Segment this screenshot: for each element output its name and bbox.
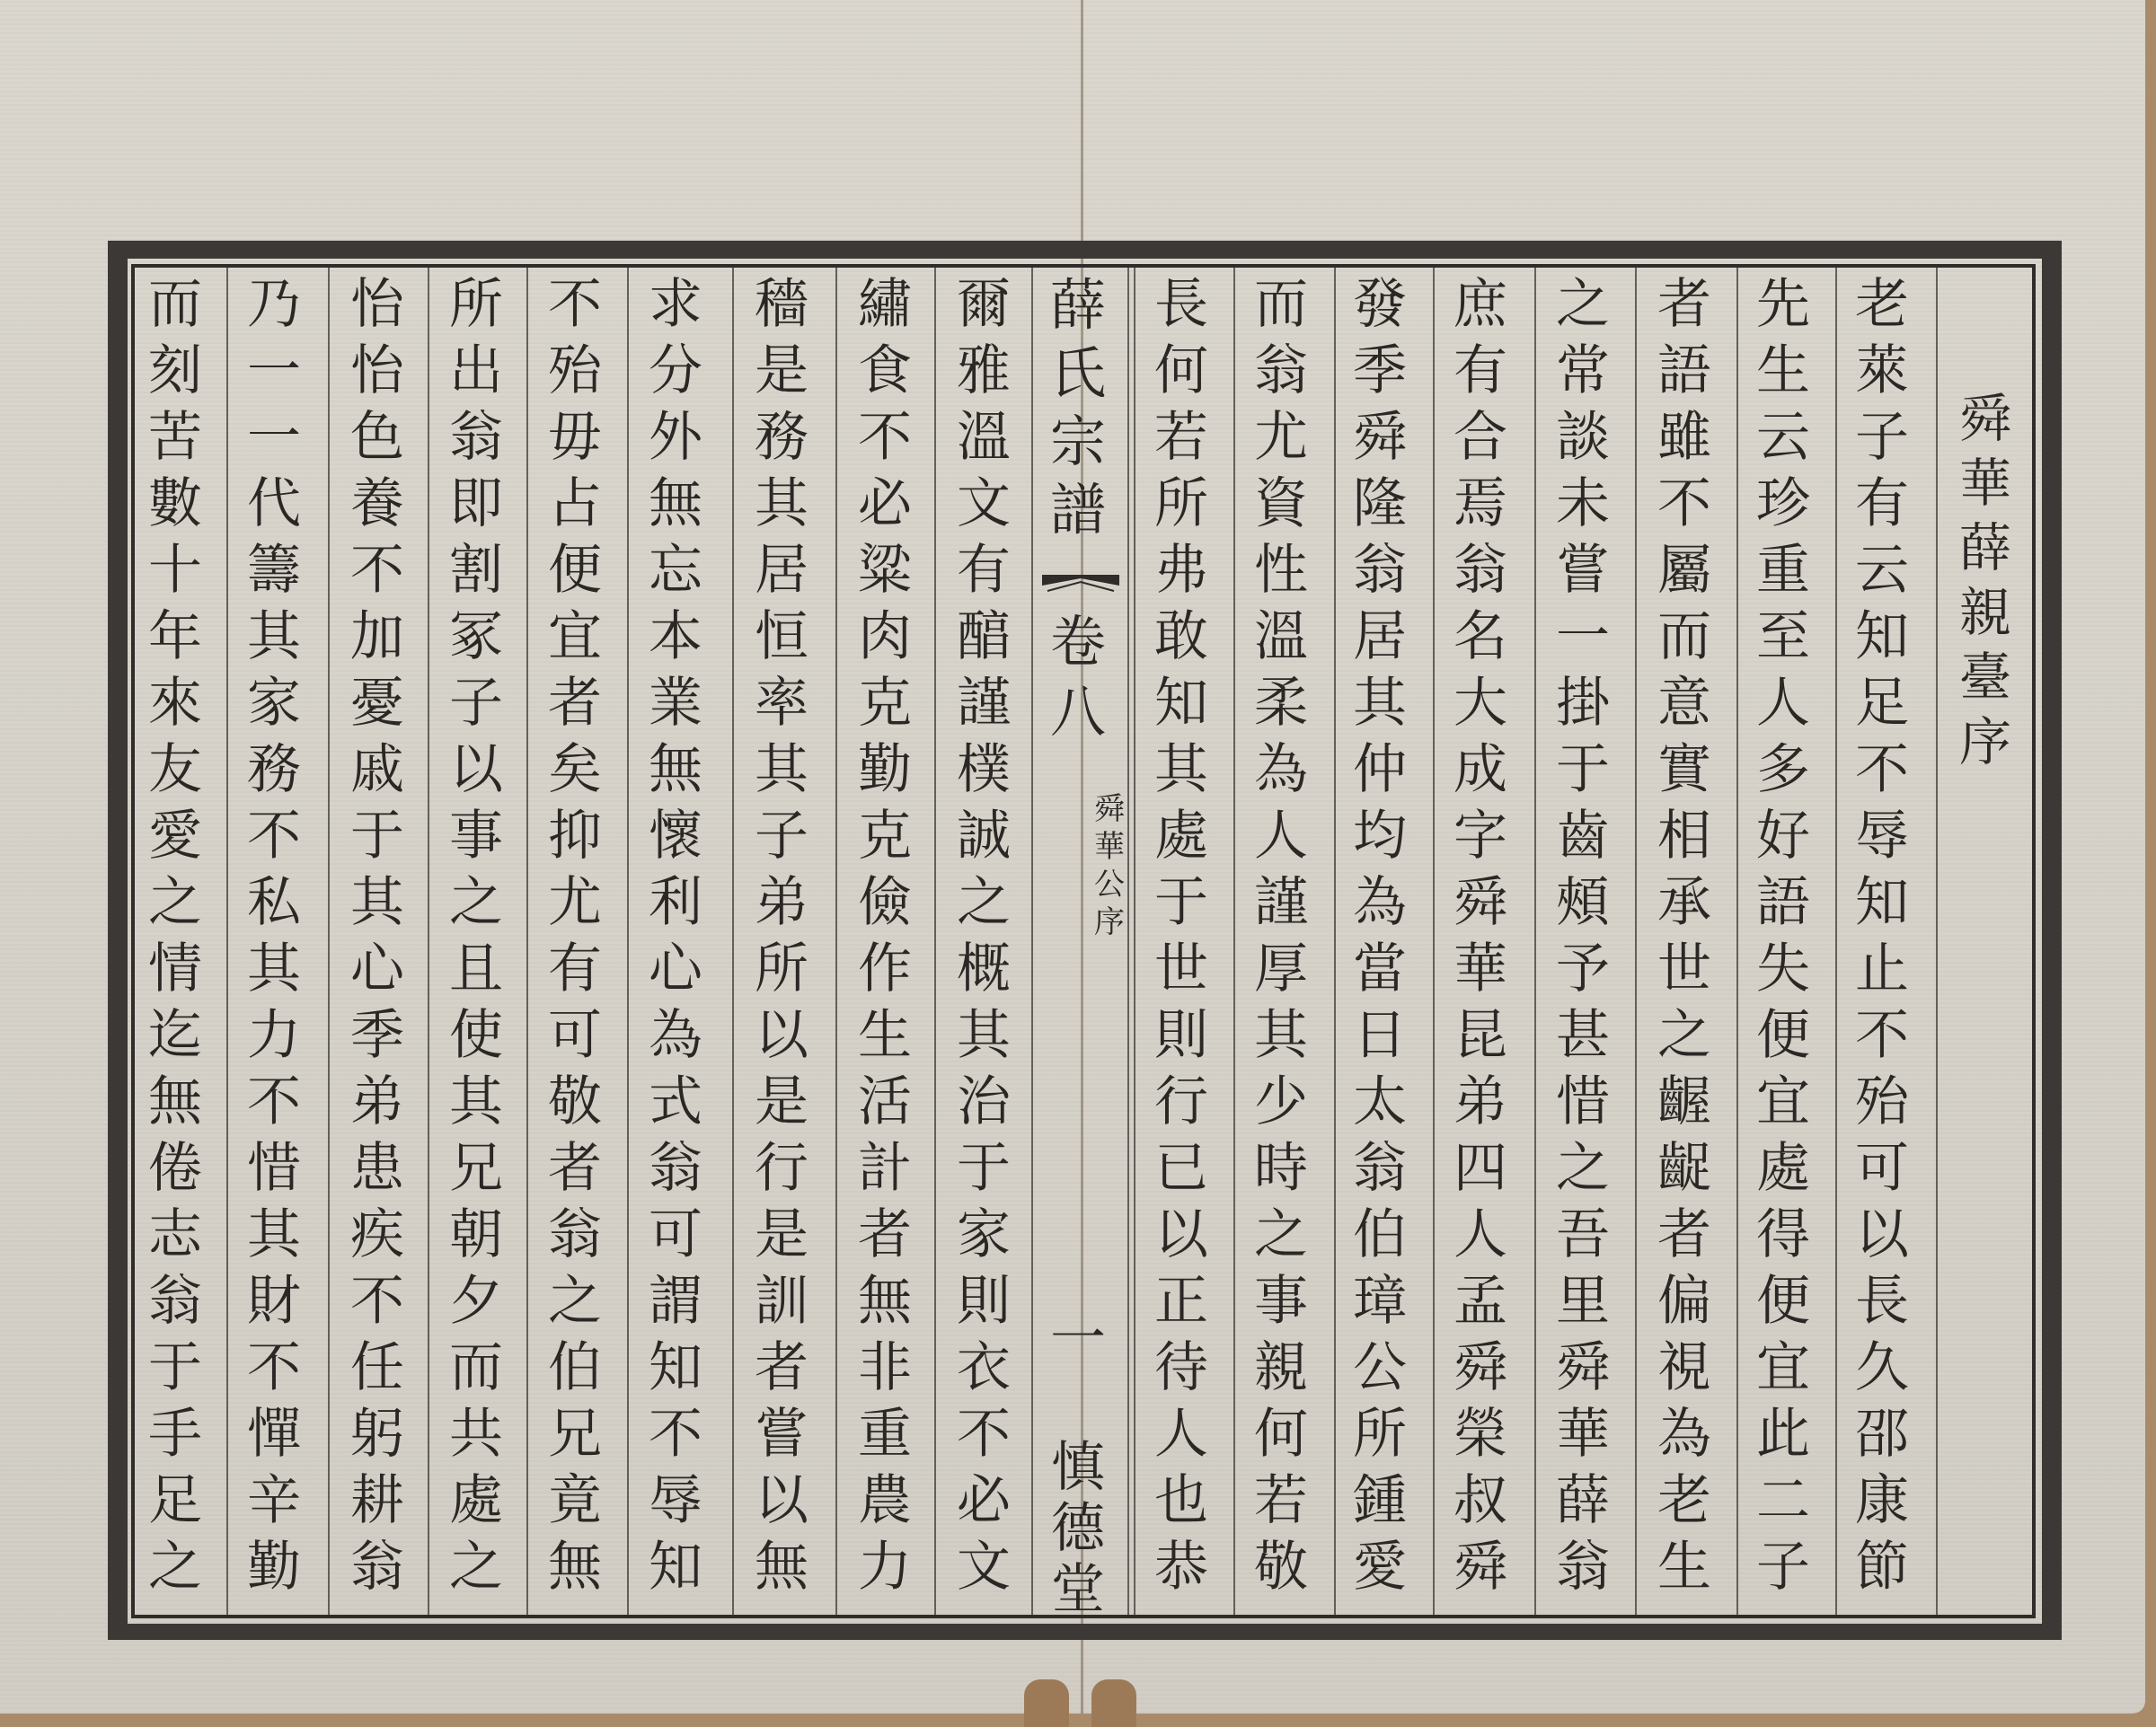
glyph: 其: [1136, 736, 1226, 803]
glyph: 加: [332, 604, 422, 670]
glyph: 兄: [530, 1401, 620, 1467]
glyph: 居: [1335, 604, 1425, 670]
glyph: 其: [939, 1002, 1029, 1069]
glyph: 其: [229, 604, 319, 670]
glyph: 之: [1538, 1135, 1628, 1202]
glyph: 老: [1837, 271, 1927, 338]
glyph: 之: [1236, 1202, 1326, 1268]
glyph: 戚: [332, 736, 422, 803]
glyph: 事: [431, 803, 521, 869]
paper-tear: [1091, 1679, 1136, 1727]
glyph: 其: [431, 1069, 521, 1135]
glyph: 子: [1837, 404, 1927, 471]
glyph: 冢: [431, 604, 521, 670]
glyph: 為: [1639, 1401, 1729, 1467]
glyph: 相: [1639, 803, 1729, 869]
glyph: 字: [1436, 803, 1525, 869]
glyph: 子: [431, 670, 521, 736]
glyph: 可: [530, 1002, 620, 1069]
glyph: 里: [1538, 1268, 1628, 1335]
column-rule: [328, 268, 330, 1615]
text-column: 而刻苦數十年來友愛之情迄無倦志翁于手足之: [130, 271, 220, 1600]
glyph: 竟: [530, 1467, 620, 1534]
text-column: 發季舜隆翁居其仲均為當日太翁伯璋公所鍾愛: [1335, 271, 1425, 1600]
glyph: 掛: [1538, 670, 1628, 736]
glyph: 未: [1538, 471, 1628, 537]
column-rule: [1433, 268, 1435, 1615]
glyph: 且: [431, 936, 521, 1002]
glyph: 薛: [1940, 515, 2030, 580]
center-column: 薛氏宗譜: [1033, 271, 1123, 544]
text-column: 老萊子有云知足不辱知止不殆可以長久邵康節: [1837, 271, 1927, 1600]
glyph: 知: [1837, 604, 1927, 670]
glyph: 昆: [1436, 1002, 1525, 1069]
glyph: 之: [939, 869, 1029, 936]
glyph: 四: [1436, 1135, 1525, 1202]
glyph: 華: [1538, 1401, 1628, 1467]
glyph: 愛: [130, 803, 220, 869]
glyph: 穡: [737, 271, 826, 338]
glyph: 邵: [1837, 1401, 1927, 1467]
glyph: 知: [631, 1534, 720, 1600]
glyph: 則: [939, 1268, 1029, 1335]
glyph: 叔: [1436, 1467, 1525, 1534]
glyph: 不: [229, 803, 319, 869]
glyph: 財: [229, 1268, 319, 1335]
glyph: 頰: [1538, 869, 1628, 936]
text-column: 長何若所弗敢知其處于世則行已以正待人也恭: [1136, 271, 1226, 1600]
column-rule: [627, 268, 629, 1615]
glyph: 即: [431, 471, 521, 537]
glyph: 謹: [939, 670, 1029, 736]
glyph: 翁: [530, 1202, 620, 1268]
glyph: 辛: [229, 1467, 319, 1534]
glyph: 合: [1436, 404, 1525, 471]
glyph: 孟: [1436, 1268, 1525, 1335]
glyph: 伯: [530, 1335, 620, 1401]
glyph: 割: [431, 537, 521, 604]
glyph: 一: [1538, 604, 1628, 670]
glyph: 舜: [1436, 1335, 1525, 1401]
glyph: 年: [130, 604, 220, 670]
glyph: 其: [229, 936, 319, 1002]
glyph: 謂: [631, 1268, 720, 1335]
glyph: 惜: [1538, 1069, 1628, 1135]
glyph: 重: [840, 1401, 930, 1467]
glyph: 公: [1335, 1335, 1425, 1401]
glyph: 憚: [229, 1401, 319, 1467]
text-column: 之常談未嘗一掛于齒頰予甚惜之吾里舜華薛翁: [1538, 271, 1628, 1600]
glyph: 治: [939, 1069, 1029, 1135]
glyph: 為: [1335, 869, 1425, 936]
glyph: 無: [130, 1069, 220, 1135]
glyph: 所: [737, 936, 826, 1002]
glyph: 不: [229, 1069, 319, 1135]
glyph: 有: [1837, 471, 1927, 537]
preface-title: 舜華薛親臺序: [1940, 386, 2030, 774]
glyph: 多: [1738, 736, 1828, 803]
glyph: 懷: [631, 803, 720, 869]
glyph: 辱: [1837, 803, 1927, 869]
glyph: 而: [130, 271, 220, 338]
glyph: 兄: [431, 1135, 521, 1202]
glyph: 仲: [1335, 736, 1425, 803]
fishtail-mark-icon: [1040, 571, 1121, 598]
glyph: 之: [1538, 271, 1628, 338]
glyph: 家: [229, 670, 319, 736]
glyph: 重: [1738, 537, 1828, 604]
glyph: 所: [431, 271, 521, 338]
glyph: 何: [1236, 1401, 1326, 1467]
glyph: 翁: [130, 1268, 220, 1335]
glyph: 無: [840, 1268, 930, 1335]
glyph: 之: [130, 1534, 220, 1600]
glyph: 視: [1639, 1335, 1729, 1401]
glyph: 便: [1738, 1002, 1828, 1069]
glyph: 數: [130, 471, 220, 537]
glyph: 翁: [1538, 1534, 1628, 1600]
glyph: 農: [840, 1467, 930, 1534]
glyph: 鍾: [1335, 1467, 1425, 1534]
column-rule: [428, 268, 429, 1615]
glyph: 處: [1136, 803, 1226, 869]
glyph: 友: [130, 736, 220, 803]
glyph: 談: [1538, 404, 1628, 471]
glyph: 以: [737, 1002, 826, 1069]
glyph: 外: [631, 404, 720, 471]
glyph: 心: [631, 936, 720, 1002]
glyph: 占: [530, 471, 620, 537]
glyph: 華: [1940, 451, 2030, 515]
glyph: 齷: [1639, 1069, 1729, 1135]
glyph: 語: [1639, 338, 1729, 404]
glyph: 務: [229, 736, 319, 803]
glyph: 是: [737, 1202, 826, 1268]
glyph: 尤: [1236, 404, 1326, 471]
glyph: 爾: [939, 271, 1029, 338]
glyph: 璋: [1335, 1268, 1425, 1335]
glyph: 齪: [1639, 1135, 1729, 1202]
glyph: 之: [431, 869, 521, 936]
glyph: 甚: [1538, 1002, 1628, 1069]
glyph: 少: [1236, 1069, 1326, 1135]
glyph: 卷: [1050, 607, 1106, 677]
glyph: 忘: [631, 537, 720, 604]
glyph: 吾: [1538, 1202, 1628, 1268]
glyph: 處: [1738, 1135, 1828, 1202]
glyph: 弟: [737, 869, 826, 936]
glyph: 者: [1639, 1202, 1729, 1268]
column-rule: [1936, 268, 1938, 1615]
glyph: 而: [1236, 271, 1326, 338]
glyph: 家: [939, 1202, 1029, 1268]
glyph: 分: [631, 338, 720, 404]
glyph: 于: [1136, 869, 1226, 936]
glyph: 之: [130, 869, 220, 936]
glyph: 足: [1837, 670, 1927, 736]
glyph: 親: [1236, 1335, 1326, 1401]
glyph: 舜: [1436, 1534, 1525, 1600]
column-rule: [1635, 268, 1637, 1615]
glyph: 以: [1136, 1202, 1226, 1268]
glyph: 毋: [530, 404, 620, 471]
glyph: 八: [1050, 677, 1106, 747]
glyph: 二: [1738, 1467, 1828, 1534]
glyph: 文: [939, 471, 1029, 537]
glyph: 利: [631, 869, 720, 936]
text-column: 者語雖不屬而意實相承世之齷齪者偏視為老生: [1639, 271, 1729, 1600]
glyph: 嘗: [737, 1401, 826, 1467]
glyph: 不: [1837, 1002, 1927, 1069]
glyph: 使: [431, 1002, 521, 1069]
glyph: 居: [737, 537, 826, 604]
glyph: 之: [431, 1534, 521, 1600]
glyph: 萊: [1837, 338, 1927, 404]
glyph: 舜: [1436, 869, 1525, 936]
glyph: 怡: [332, 338, 422, 404]
glyph: 行: [1136, 1069, 1226, 1135]
glyph: 患: [332, 1135, 422, 1202]
glyph: 止: [1837, 936, 1927, 1002]
glyph: 名: [1436, 604, 1525, 670]
text-column: 不殆毋占便宜者矣抑尤有可敬者翁之伯兄竟無: [530, 271, 620, 1600]
glyph: 惜: [229, 1135, 319, 1202]
glyph: 無: [631, 471, 720, 537]
glyph: 不: [840, 404, 930, 471]
glyph: 何: [1136, 338, 1226, 404]
section-label: 舜華公序: [1087, 790, 1132, 941]
glyph: 知: [631, 1335, 720, 1401]
glyph: 長: [1136, 271, 1226, 338]
text-column: 所出翁即割冢子以事之且使其兄朝夕而共處之: [431, 271, 521, 1600]
column-rule: [226, 268, 228, 1615]
glyph: 辱: [631, 1467, 720, 1534]
column-rule: [1134, 268, 1135, 1615]
glyph: 文: [939, 1534, 1029, 1600]
text-column: 乃一一代籌其家務不私其力不惜其財不憚辛勤: [229, 271, 319, 1600]
glyph: 弗: [1136, 537, 1226, 604]
paper-tear: [1024, 1679, 1069, 1727]
glyph: 無: [530, 1534, 620, 1600]
glyph: 季: [332, 1002, 422, 1069]
glyph: 性: [1236, 537, 1326, 604]
glyph: 序: [1940, 709, 2030, 774]
glyph: 于: [130, 1335, 220, 1401]
glyph: 訓: [737, 1268, 826, 1335]
glyph: 繡: [840, 271, 930, 338]
glyph: 節: [1837, 1534, 1927, 1600]
glyph: 一: [229, 338, 319, 404]
text-column: 怡怡色養不加憂戚于其心季弟患疾不任躬耕翁: [332, 271, 422, 1600]
text-column: 求分外無忘本業無懷利心為式翁可謂知不辱知: [631, 271, 720, 1600]
glyph: 無: [737, 1534, 826, 1600]
glyph: 均: [1335, 803, 1425, 869]
glyph: 誠: [939, 803, 1029, 869]
glyph: 儉: [840, 869, 930, 936]
glyph: 謹: [1236, 869, 1326, 936]
glyph: 華: [1094, 828, 1125, 866]
text-column: 繡食不必粱肉克勤克儉作生活計者無非重農力: [840, 271, 930, 1600]
glyph: 色: [332, 404, 422, 471]
glyph: 序: [1094, 903, 1125, 941]
glyph: 苦: [130, 404, 220, 471]
glyph: 齒: [1538, 803, 1628, 869]
glyph: 于: [332, 803, 422, 869]
glyph: 成: [1436, 736, 1525, 803]
glyph: 好: [1738, 803, 1828, 869]
text-column: 爾雅溫文有醕謹樸誠之概其治于家則衣不必文: [939, 271, 1029, 1600]
glyph: 乃: [229, 271, 319, 338]
glyph: 于: [939, 1135, 1029, 1202]
glyph: 私: [229, 869, 319, 936]
glyph: 柔: [1236, 670, 1326, 736]
glyph: 翁: [1335, 537, 1425, 604]
hall-name: 慎德堂: [1033, 1437, 1123, 1620]
glyph: 求: [631, 271, 720, 338]
glyph: 所: [1136, 471, 1226, 537]
glyph: 迄: [130, 1002, 220, 1069]
glyph: 知: [1136, 670, 1226, 736]
glyph: 志: [130, 1202, 220, 1268]
glyph: 云: [1738, 404, 1828, 471]
glyph: 行: [737, 1135, 826, 1202]
glyph: 云: [1837, 537, 1927, 604]
glyph: 之: [530, 1268, 620, 1335]
glyph: 業: [631, 670, 720, 736]
glyph: 力: [229, 1002, 319, 1069]
glyph: 心: [332, 936, 422, 1002]
glyph: 老: [1639, 1467, 1729, 1534]
glyph: 常: [1538, 338, 1628, 404]
glyph: 有: [939, 537, 1029, 604]
glyph: 夕: [431, 1268, 521, 1335]
column-rule: [732, 268, 734, 1615]
glyph: 宜: [1738, 1069, 1828, 1135]
glyph: 克: [840, 670, 930, 736]
glyph: 康: [1837, 1467, 1927, 1534]
glyph: 若: [1136, 404, 1226, 471]
glyph: 不: [332, 1268, 422, 1335]
glyph: 子: [1738, 1534, 1828, 1600]
glyph: 翁: [1335, 1135, 1425, 1202]
glyph: 任: [332, 1335, 422, 1401]
glyph: 至: [1738, 604, 1828, 670]
glyph: 恭: [1136, 1534, 1226, 1600]
glyph: 者: [840, 1202, 930, 1268]
glyph: 以: [431, 736, 521, 803]
glyph: 也: [1136, 1467, 1226, 1534]
glyph: 先: [1738, 271, 1828, 338]
glyph: 倦: [130, 1135, 220, 1202]
glyph: 者: [737, 1335, 826, 1401]
glyph: 生: [1738, 338, 1828, 404]
glyph: 憂: [332, 670, 422, 736]
glyph: 敬: [1236, 1534, 1326, 1600]
glyph: 式: [631, 1069, 720, 1135]
glyph: 慎: [1051, 1437, 1105, 1498]
column-rule: [1127, 268, 1129, 1615]
glyph: 愛: [1335, 1534, 1425, 1600]
scanned-page: 舜華薛親臺序 老萊子有云知足不辱知止不殆可以長久邵康節先生云珍重至人多好語失便宜…: [0, 0, 2145, 1714]
folio-number: 一: [1033, 1293, 1123, 1373]
glyph: 氏: [1033, 339, 1123, 408]
glyph: 處: [431, 1467, 521, 1534]
glyph: 克: [840, 803, 930, 869]
glyph: 不: [1837, 736, 1927, 803]
glyph: 世: [1639, 936, 1729, 1002]
glyph: 尤: [530, 869, 620, 936]
glyph: 朝: [431, 1202, 521, 1268]
glyph: 疾: [332, 1202, 422, 1268]
glyph: 以: [1837, 1202, 1927, 1268]
glyph: 手: [130, 1401, 220, 1467]
glyph: 是: [737, 1069, 826, 1135]
glyph: 為: [631, 1002, 720, 1069]
glyph: 出: [431, 338, 521, 404]
glyph: 譜: [1033, 476, 1123, 544]
glyph: 世: [1136, 936, 1226, 1002]
glyph: 則: [1136, 1002, 1226, 1069]
glyph: 不: [1639, 471, 1729, 537]
glyph: 食: [840, 338, 930, 404]
glyph: 弟: [1436, 1069, 1525, 1135]
glyph: 舜: [1940, 386, 2030, 451]
glyph: 當: [1335, 936, 1425, 1002]
glyph: 十: [130, 537, 220, 604]
glyph: 概: [939, 936, 1029, 1002]
glyph: 所: [1335, 1401, 1425, 1467]
glyph: 勤: [840, 736, 930, 803]
glyph: 者: [530, 670, 620, 736]
text-column: 先生云珍重至人多好語失便宜處得便宜此二子: [1738, 271, 1828, 1600]
glyph: 耕: [332, 1467, 422, 1534]
glyph: 隆: [1335, 471, 1425, 537]
glyph: 恒: [737, 604, 826, 670]
glyph: 于: [1538, 736, 1628, 803]
glyph: 語: [1738, 869, 1828, 936]
glyph: 實: [1639, 736, 1729, 803]
glyph: 養: [332, 471, 422, 537]
glyph: 無: [631, 736, 720, 803]
glyph: 正: [1136, 1268, 1226, 1335]
glyph: 弟: [332, 1069, 422, 1135]
glyph: 怡: [332, 271, 422, 338]
glyph: 大: [1436, 670, 1525, 736]
glyph: 必: [939, 1467, 1029, 1534]
glyph: 矣: [530, 736, 620, 803]
glyph: 嘗: [1538, 537, 1628, 604]
glyph: 樸: [939, 736, 1029, 803]
glyph: 德: [1051, 1498, 1105, 1559]
glyph: 意: [1639, 670, 1729, 736]
glyph: 抑: [530, 803, 620, 869]
glyph: 溫: [1236, 604, 1326, 670]
glyph: 刻: [130, 338, 220, 404]
volume-label: 卷八: [1033, 607, 1123, 747]
glyph: 籌: [229, 537, 319, 604]
glyph: 以: [737, 1467, 826, 1534]
glyph: 公: [1094, 866, 1125, 903]
glyph: 堂: [1051, 1559, 1105, 1620]
glyph: 榮: [1436, 1401, 1525, 1467]
glyph: 太: [1335, 1069, 1425, 1135]
glyph: 躬: [332, 1401, 422, 1467]
glyph: 日: [1335, 1002, 1425, 1069]
glyph: 臺: [1940, 645, 2030, 709]
glyph: 舜: [1335, 404, 1425, 471]
column-rule: [934, 268, 936, 1615]
glyph: 長: [1837, 1268, 1927, 1335]
